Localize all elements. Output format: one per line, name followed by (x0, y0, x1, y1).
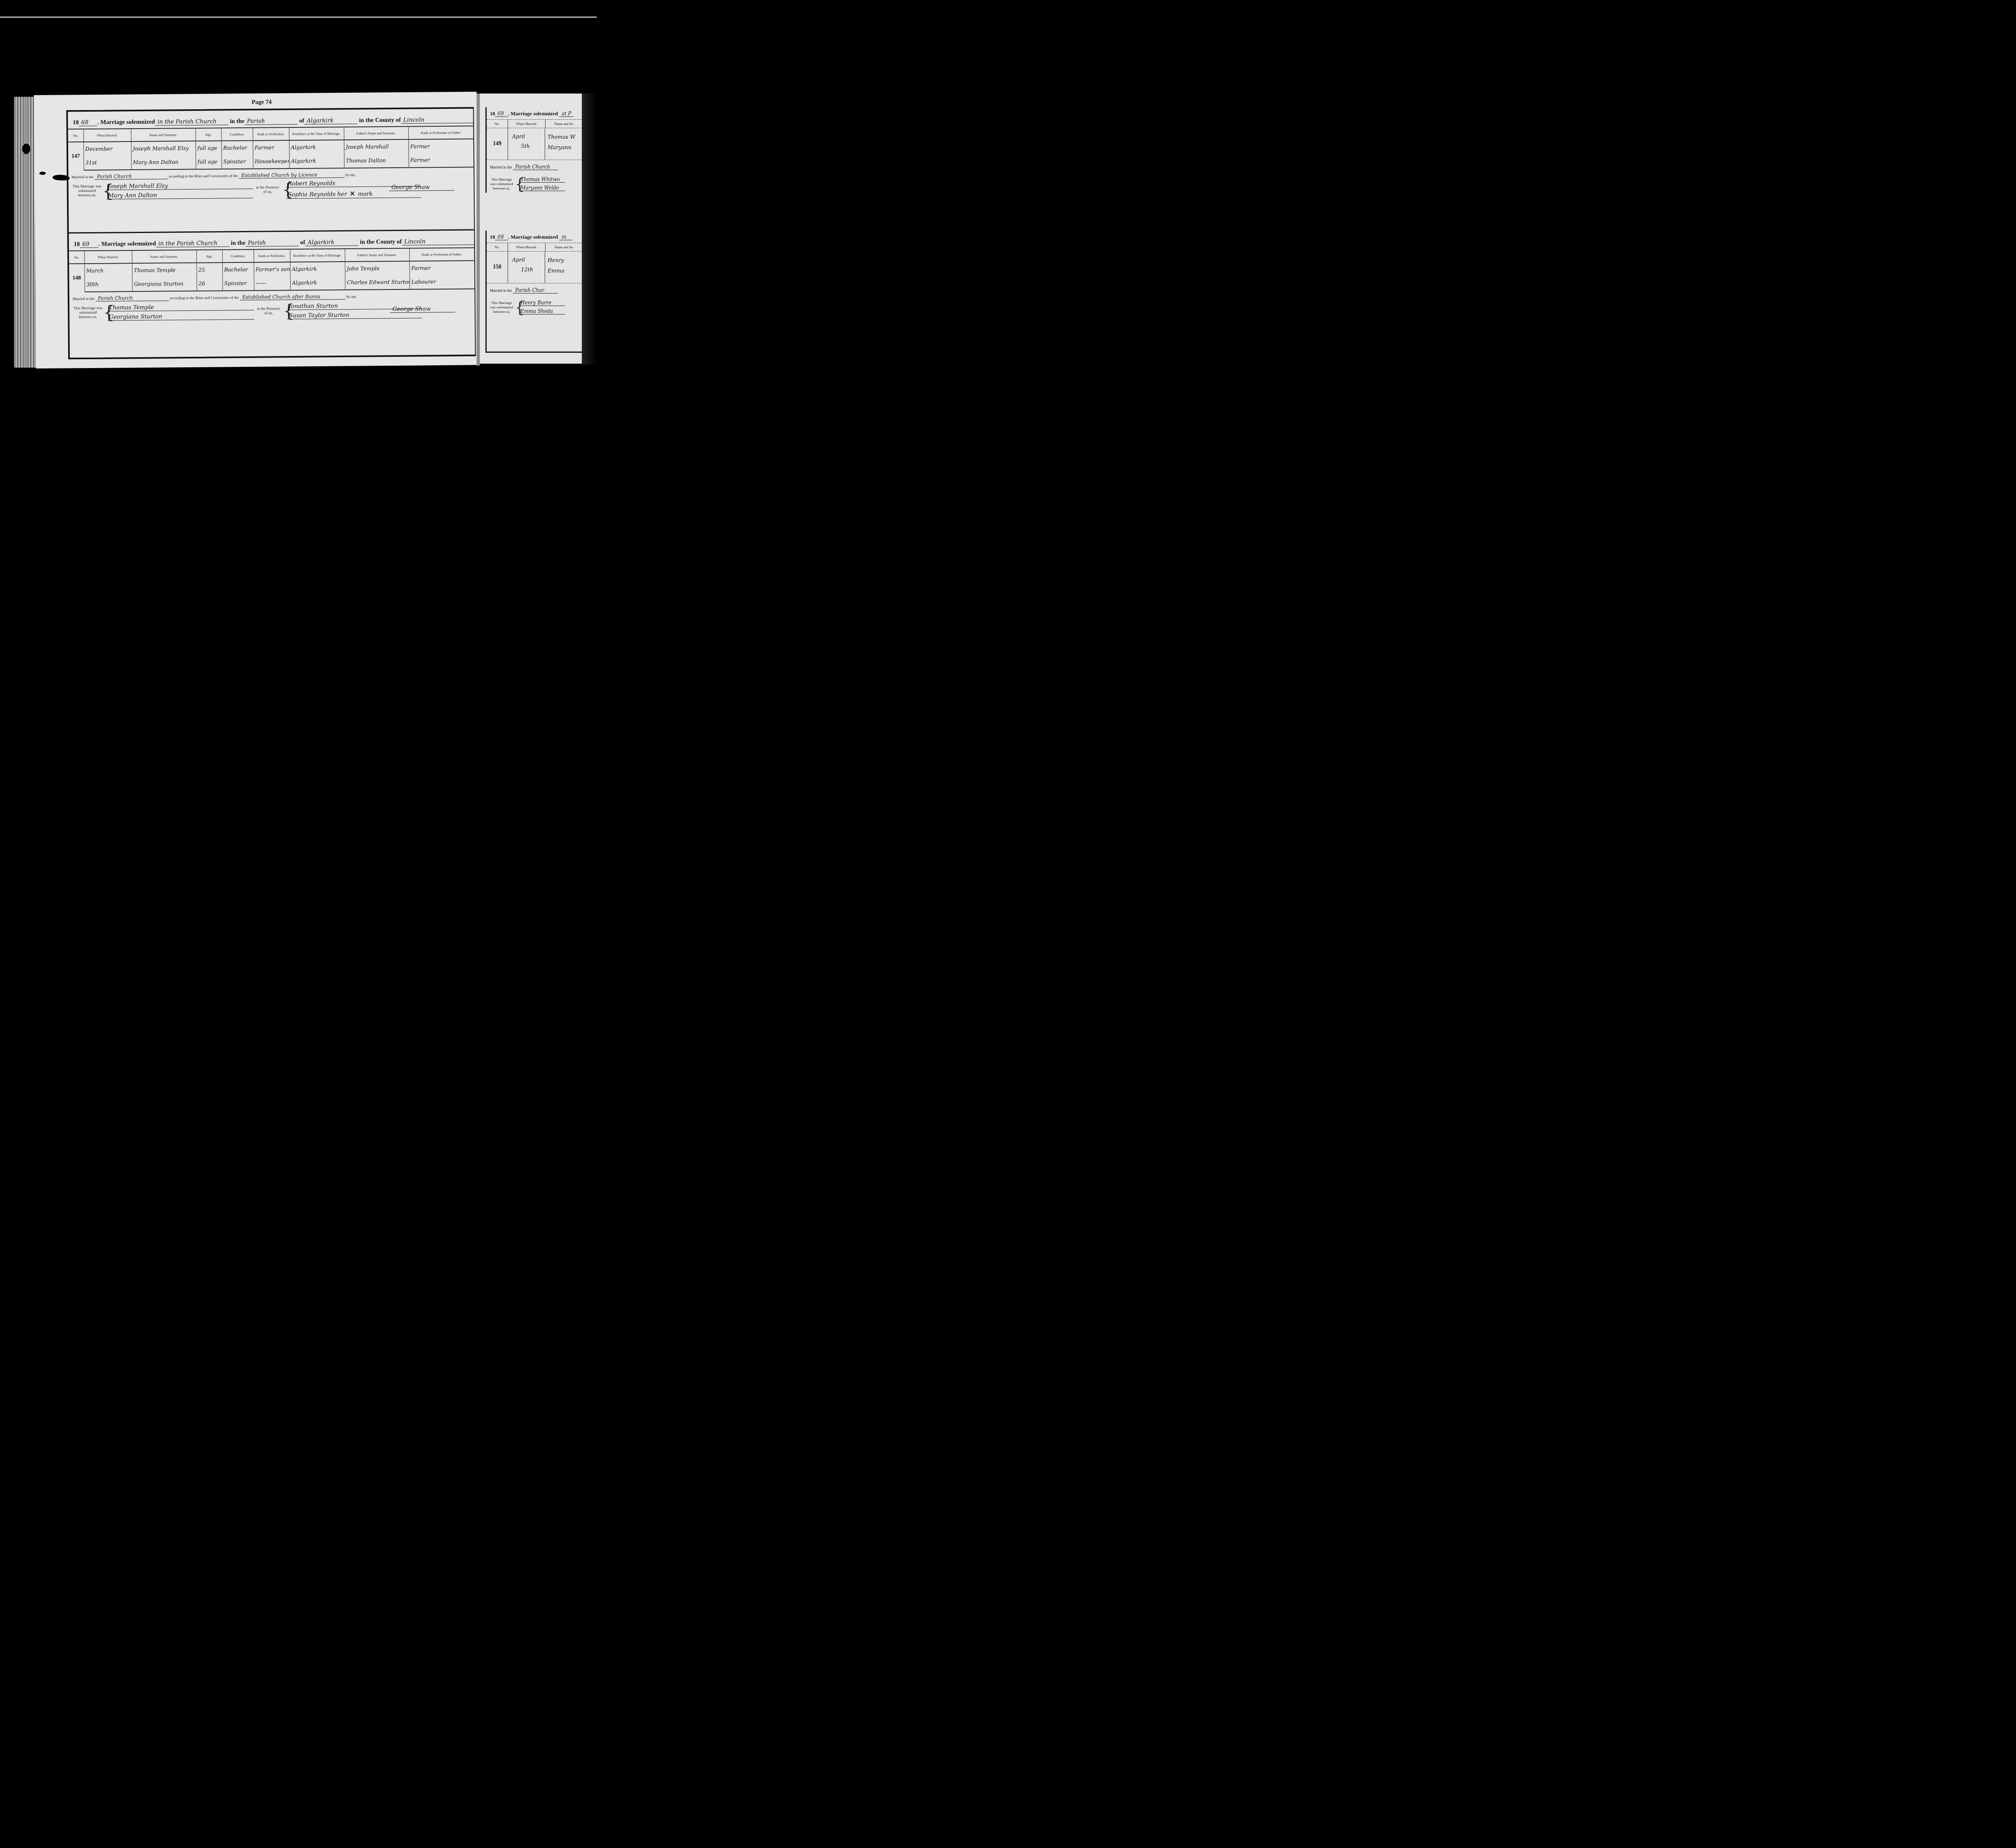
bride-residence: Algarkirk (289, 154, 344, 169)
year-field: 69 (495, 111, 508, 117)
bride-signature: Maryann Weldo (519, 185, 565, 191)
entry-row: 149 April 5th Thomas W Maryann (487, 128, 582, 160)
year-field: 68 (79, 119, 97, 126)
brace: { (102, 182, 106, 200)
bride-signature: Georgiana Sturton (107, 313, 254, 321)
county-field: Lincoln (401, 116, 474, 123)
presence-label: in the Presence of us, (256, 185, 280, 194)
groom-name: Thomas Temple (132, 263, 196, 277)
scanner-top-edge (0, 17, 597, 18)
marriage-entry-147: 1868. Marriage solemnized in the Parish … (68, 108, 474, 233)
entry-header: 1868. Marriage solemnized in the Parish … (68, 108, 473, 129)
entry-header: 1869. Marriage solemnized in (487, 231, 582, 243)
brace: { (515, 175, 519, 193)
brace: { (103, 304, 107, 322)
this-marriage-label: This Marriage was solemnized between us, (72, 185, 102, 198)
groom-signature: Henry Burre (519, 300, 565, 306)
bride-condition: Spinster (221, 155, 253, 169)
entry-number: 149 (487, 128, 508, 160)
ink-blot (22, 144, 30, 154)
when-married-month: December (83, 142, 131, 156)
book-page-edges (14, 97, 37, 368)
groom-residence: Algarkirk (289, 140, 344, 154)
entry-row: 150 April 12th Henry Emma (487, 252, 582, 283)
bride-age: full age (196, 155, 221, 169)
district-type-field: Parish (246, 239, 299, 247)
year-field: 69 (80, 241, 98, 248)
district-field: Algarkirk (305, 239, 358, 246)
book-gutter (477, 94, 480, 366)
entry-table: No.When Married.Name and Surname.Age.Con… (68, 126, 474, 171)
groom-signature: Joseph Marshall Elsy (106, 182, 253, 190)
officiant-signature: George Shaw (389, 184, 454, 191)
this-marriage-label: This Marriage was solemnized between us, (73, 306, 103, 320)
entry-number: 147 (68, 142, 84, 170)
rites-field: Established Church by Licence (239, 172, 344, 179)
place-field: at P (559, 111, 574, 117)
groom-condition: Bachelor (222, 262, 254, 277)
when-married-day: 31st (83, 156, 131, 170)
place-field: in (559, 234, 572, 240)
presence-label: in the Presence of us, (256, 307, 281, 316)
bride-father-rank: Labourer (410, 275, 475, 289)
bride-signature: Emma Sheda (519, 308, 565, 314)
page-shadow (582, 94, 597, 364)
groom-condition: Bachelor (221, 141, 253, 155)
district-type-field: Parish (244, 118, 298, 125)
bride-father: Thomas Dalton (344, 154, 408, 168)
groom-rank: Farmer's son (254, 262, 290, 277)
married-in-line: Married in the Parish Church (487, 160, 582, 170)
when-married: April 12th (508, 252, 545, 283)
names: Henry Emma (545, 252, 582, 283)
groom-rank: Farmer (253, 140, 289, 155)
column-headers: No. When Married. Name and Su (487, 120, 582, 128)
place-field: in the Parish Church (156, 240, 229, 247)
bride-condition: Spinster (223, 277, 254, 291)
bride-father: Charles Edward Sturton (345, 275, 410, 290)
register-page-right: 1869. Marriage solemnized at P No. When … (480, 94, 582, 364)
entry-number: 150 (487, 252, 508, 283)
groom-father: John Temple (345, 261, 409, 276)
witness-cross-mark: × (349, 189, 355, 198)
when-married-day: 30th (85, 277, 132, 292)
county-field: Lincoln (402, 238, 475, 245)
names: Thomas W Maryann (545, 128, 582, 160)
brace: { (283, 302, 287, 320)
groom-father-rank: Farmer (409, 260, 474, 275)
officiant-signature: George Shaw (390, 306, 455, 313)
marriage-register: 1868. Marriage solemnized in the Parish … (66, 107, 476, 359)
bride-rank: Housekeeper (253, 154, 289, 169)
entry-header: 1869. Marriage solemnized in the Parish … (69, 230, 474, 251)
groom-residence: Algarkirk (290, 262, 345, 276)
groom-signature: Thomas Temple (107, 304, 254, 312)
when-married: April 5th (508, 128, 545, 160)
when-married-month: March (84, 263, 132, 278)
signature-block: This Marriage was solemnized between us,… (487, 293, 582, 316)
district-field: Algarkirk (304, 117, 358, 125)
groom-father: Joseph Marshall (344, 139, 408, 154)
groom-age: 25 (196, 262, 222, 277)
bride-signature: Mary Ann Dalton (106, 191, 253, 199)
groom-age: full age (196, 141, 221, 155)
year-field: 69 (495, 234, 508, 240)
signature-block: This Marriage was solemnized between us,… (487, 170, 582, 193)
column-headers: No. When Married. Name and Su (487, 243, 582, 252)
married-in-field: Parish Church (94, 173, 168, 179)
register-page-left: Page 74 1868. Marriage solemnized in the… (34, 92, 479, 368)
bride-father-rank: Farmer (408, 153, 473, 167)
bride-age: 26 (197, 277, 223, 291)
entry-header: 1869. Marriage solemnized at P (487, 107, 582, 120)
place-field: in the Parish Church (155, 118, 228, 125)
bride-name: Georgiana Sturton (132, 277, 197, 291)
bride-residence: Algarkirk (290, 276, 345, 290)
entry-table: No.When Married.Name and Surname.Age.Con… (69, 248, 475, 292)
married-in-line: Married in the Parish Chur (487, 283, 582, 293)
brace: { (515, 298, 519, 316)
marriage-entry-148: 1869. Marriage solemnized in the Parish … (69, 230, 475, 355)
groom-signature: Thomas Whitwo (519, 177, 565, 183)
ink-blot (39, 172, 46, 175)
groom-name: Joseph Marshall Elsy (131, 141, 196, 156)
married-in-field: Parish Church (96, 295, 169, 301)
rites-field: Established Church after Banns (240, 293, 346, 300)
marriage-entry-150: 1869. Marriage solemnized in No. When Ma… (485, 231, 582, 353)
brace: { (282, 181, 286, 199)
groom-father-rank: Farmer (408, 139, 473, 153)
entry-number: 148 (69, 264, 85, 292)
marriage-entry-149: 1869. Marriage solemnized at P No. When … (485, 107, 582, 193)
bride-name: Mary Ann Dalton (131, 155, 196, 170)
page-number: Page 74 (252, 99, 272, 106)
bride-rank: —— (254, 276, 290, 291)
